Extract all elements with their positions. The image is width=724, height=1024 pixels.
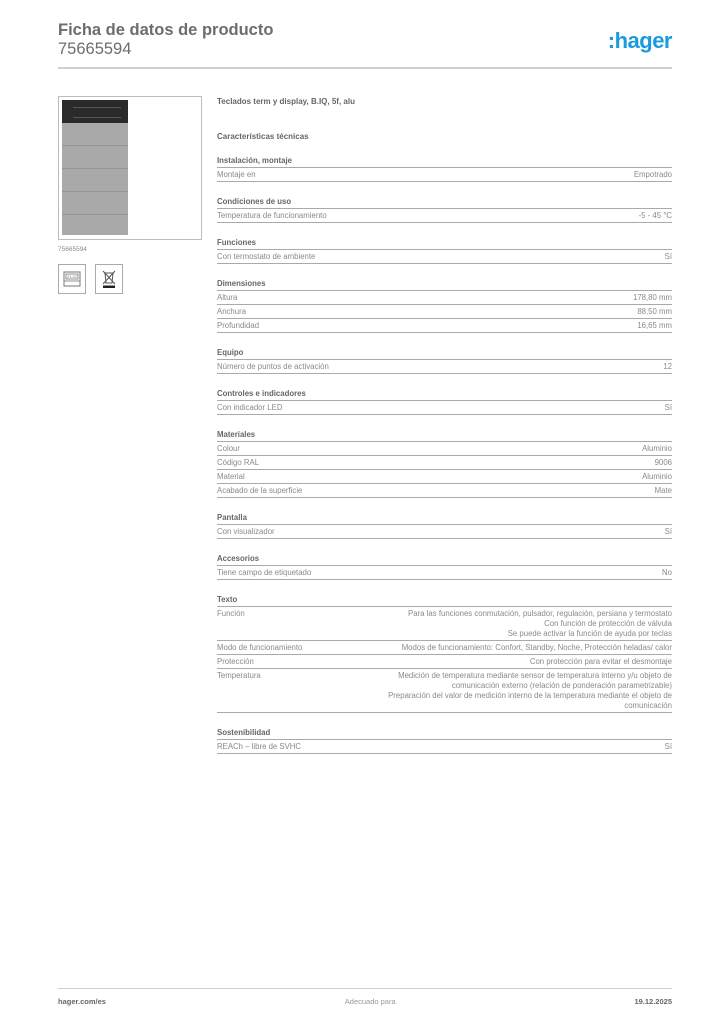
spec-group-title: Controles e indicadores bbox=[217, 388, 672, 401]
spec-row: Código RAL9006 bbox=[217, 456, 672, 470]
spec-group-title: Funciones bbox=[217, 237, 672, 250]
spec-label: Profundidad bbox=[217, 321, 259, 331]
spec-group: Controles e indicadoresCon indicador LED… bbox=[217, 388, 672, 415]
spec-value-line: Para las funciones conmutación, pulsador… bbox=[408, 609, 672, 619]
spec-row: Con indicador LEDSí bbox=[217, 401, 672, 415]
spec-value-line: Sí bbox=[665, 403, 672, 413]
spec-value-line: Sí bbox=[665, 742, 672, 752]
section-title: Características técnicas bbox=[217, 131, 672, 143]
spec-group: SostenibilidadREACh – libre de SVHCSí bbox=[217, 727, 672, 754]
spec-value-line: Sí bbox=[665, 527, 672, 537]
spec-value: 88,50 mm bbox=[637, 307, 672, 317]
spec-value-line: Se puede activar la función de ayuda por… bbox=[408, 629, 672, 639]
spec-group: Condiciones de usoTemperatura de funcion… bbox=[217, 196, 672, 223]
product-details: Teclados term y display, B.IQ, 5f, alu C… bbox=[217, 96, 672, 754]
spec-value: -5 - 45 °C bbox=[639, 211, 672, 221]
weee-bin-icon bbox=[95, 264, 123, 294]
svg-text:21:22: 21:22 bbox=[67, 274, 78, 279]
spec-label: Con visualizador bbox=[217, 527, 275, 537]
spec-value: 178,80 mm bbox=[633, 293, 672, 303]
spec-group: EquipoNúmero de puntos de activación12 bbox=[217, 347, 672, 374]
spec-label: Con indicador LED bbox=[217, 403, 282, 413]
spec-value-line: Medición de temperatura mediante sensor … bbox=[354, 671, 672, 691]
device-key bbox=[62, 192, 128, 215]
spec-value: Sí bbox=[665, 742, 672, 752]
spec-value-line: Empotrado bbox=[634, 170, 672, 180]
spec-value: Sí bbox=[665, 252, 672, 262]
spec-group-title: Accesorios bbox=[217, 553, 672, 566]
spec-label: Material bbox=[217, 472, 245, 482]
spec-row: ColourAluminio bbox=[217, 442, 672, 456]
spec-value: Mate bbox=[655, 486, 672, 496]
spec-group-title: Condiciones de uso bbox=[217, 196, 672, 209]
device-key bbox=[62, 215, 128, 237]
spec-group: DimensionesAltura178,80 mmAnchura88,50 m… bbox=[217, 278, 672, 333]
spec-group-title: Sostenibilidad bbox=[217, 727, 672, 740]
spec-label: Tiene campo de etiquetado bbox=[217, 568, 311, 578]
product-image bbox=[58, 96, 202, 240]
spec-row: MaterialAluminio bbox=[217, 470, 672, 484]
spec-label: Temperatura bbox=[217, 671, 261, 711]
keypad-device-illustration bbox=[62, 100, 128, 235]
spec-value: Sí bbox=[665, 403, 672, 413]
spec-row: Montaje enEmpotrado bbox=[217, 168, 672, 182]
spec-value: Sí bbox=[665, 527, 672, 537]
spec-label: Colour bbox=[217, 444, 240, 454]
header-divider bbox=[58, 67, 672, 69]
spec-row: Anchura88,50 mm bbox=[217, 305, 672, 319]
spec-groups: Instalación, montajeMontaje enEmpotradoC… bbox=[217, 155, 672, 754]
page-footer: hager.com/es Adecuado para 19.12.2025 bbox=[58, 997, 672, 1006]
spec-row: Número de puntos de activación12 bbox=[217, 360, 672, 374]
spec-row: Con termostato de ambienteSí bbox=[217, 250, 672, 264]
spec-label: Altura bbox=[217, 293, 237, 303]
product-number: 75665594 bbox=[58, 40, 672, 58]
footer-suitable-for: Adecuado para bbox=[345, 997, 396, 1006]
logo-colon-icon: : bbox=[608, 28, 615, 53]
product-sidebar: 75665594 21:22 bbox=[58, 96, 203, 294]
spec-row: FunciónPara las funciones conmutación, p… bbox=[217, 607, 672, 641]
spec-value: 9006 bbox=[655, 458, 672, 468]
spec-group: MaterialesColourAluminioCódigo RAL9006Ma… bbox=[217, 429, 672, 498]
spec-value-line: Aluminio bbox=[642, 444, 672, 454]
footer-divider bbox=[58, 988, 672, 989]
spec-label: REACh – libre de SVHC bbox=[217, 742, 301, 752]
spec-label: Montaje en bbox=[217, 170, 256, 180]
spec-value-line: Modos de funcionamiento: Confort, Standb… bbox=[402, 643, 672, 653]
spec-group-title: Texto bbox=[217, 594, 672, 607]
spec-group-title: Pantalla bbox=[217, 512, 672, 525]
certification-icons: 21:22 bbox=[58, 264, 203, 294]
spec-value-line: 88,50 mm bbox=[637, 307, 672, 317]
device-display-icon: 21:22 bbox=[58, 264, 86, 294]
spec-value-line: -5 - 45 °C bbox=[639, 211, 672, 221]
spec-value-line: Con protección para evitar el desmontaje bbox=[530, 657, 672, 667]
spec-label: Protección bbox=[217, 657, 254, 667]
spec-row: Profundidad16,65 mm bbox=[217, 319, 672, 333]
spec-value-line: Preparación del valor de medición intern… bbox=[354, 691, 672, 711]
spec-value-line: 16,65 mm bbox=[637, 321, 672, 331]
spec-row: Tiene campo de etiquetadoNo bbox=[217, 566, 672, 580]
spec-group: AccesoriosTiene campo de etiquetadoNo bbox=[217, 553, 672, 580]
spec-label: Anchura bbox=[217, 307, 246, 317]
spec-value: No bbox=[662, 568, 672, 578]
document-title: Ficha de datos de producto bbox=[58, 20, 672, 40]
spec-value: Con protección para evitar el desmontaje bbox=[530, 657, 672, 667]
spec-row: Temperatura de funcionamiento-5 - 45 °C bbox=[217, 209, 672, 223]
footer-website-link[interactable]: hager.com/es bbox=[58, 997, 106, 1006]
spec-row: Acabado de la superficieMate bbox=[217, 484, 672, 498]
spec-value-line: No bbox=[662, 568, 672, 578]
spec-label: Código RAL bbox=[217, 458, 259, 468]
spec-group: Instalación, montajeMontaje enEmpotrado bbox=[217, 155, 672, 182]
spec-row: ProtecciónCon protección para evitar el … bbox=[217, 655, 672, 669]
hager-logo[interactable]: :hager bbox=[608, 28, 672, 54]
spec-value-line: 178,80 mm bbox=[633, 293, 672, 303]
spec-group: TextoFunciónPara las funciones conmutaci… bbox=[217, 594, 672, 713]
spec-label: Temperatura de funcionamiento bbox=[217, 211, 327, 221]
spec-group-title: Dimensiones bbox=[217, 278, 672, 291]
spec-value-line: Con función de protección de válvula bbox=[408, 619, 672, 629]
spec-value: Modos de funcionamiento: Confort, Standb… bbox=[402, 643, 672, 653]
spec-value-line: Aluminio bbox=[642, 472, 672, 482]
spec-label: Función bbox=[217, 609, 245, 639]
spec-value: Aluminio bbox=[642, 444, 672, 454]
product-image-caption: 75665594 bbox=[58, 246, 203, 253]
spec-value: 12 bbox=[663, 362, 672, 372]
spec-value-line: Sí bbox=[665, 252, 672, 262]
spec-group-title: Materiales bbox=[217, 429, 672, 442]
spec-row: REACh – libre de SVHCSí bbox=[217, 740, 672, 754]
page-header: Ficha de datos de producto 75665594 :hag… bbox=[58, 20, 672, 58]
spec-value: 16,65 mm bbox=[637, 321, 672, 331]
spec-label: Número de puntos de activación bbox=[217, 362, 329, 372]
spec-row: Con visualizadorSí bbox=[217, 525, 672, 539]
spec-group-title: Equipo bbox=[217, 347, 672, 360]
spec-group: FuncionesCon termostato de ambienteSí bbox=[217, 237, 672, 264]
spec-label: Acabado de la superficie bbox=[217, 486, 302, 496]
spec-value: Para las funciones conmutación, pulsador… bbox=[408, 609, 672, 639]
spec-value-line: 12 bbox=[663, 362, 672, 372]
device-key bbox=[62, 169, 128, 192]
spec-group-title: Instalación, montaje bbox=[217, 155, 672, 168]
spec-value: Aluminio bbox=[642, 472, 672, 482]
logo-text: hager bbox=[615, 28, 672, 53]
device-key bbox=[62, 146, 128, 169]
spec-row: TemperaturaMedición de temperatura media… bbox=[217, 669, 672, 713]
spec-row: Altura178,80 mm bbox=[217, 291, 672, 305]
spec-value: Medición de temperatura mediante sensor … bbox=[354, 671, 672, 711]
spec-value-line: Mate bbox=[655, 486, 672, 496]
footer-date: 19.12.2025 bbox=[634, 997, 672, 1006]
spec-label: Modo de funcionamiento bbox=[217, 643, 302, 653]
spec-value: Empotrado bbox=[634, 170, 672, 180]
device-key bbox=[62, 123, 128, 146]
spec-value-line: 9006 bbox=[655, 458, 672, 468]
spec-label: Con termostato de ambiente bbox=[217, 252, 315, 262]
device-display bbox=[62, 100, 128, 123]
product-description: Teclados term y display, B.IQ, 5f, alu bbox=[217, 96, 672, 108]
spec-row: Modo de funcionamientoModos de funcionam… bbox=[217, 641, 672, 655]
spec-group: PantallaCon visualizadorSí bbox=[217, 512, 672, 539]
